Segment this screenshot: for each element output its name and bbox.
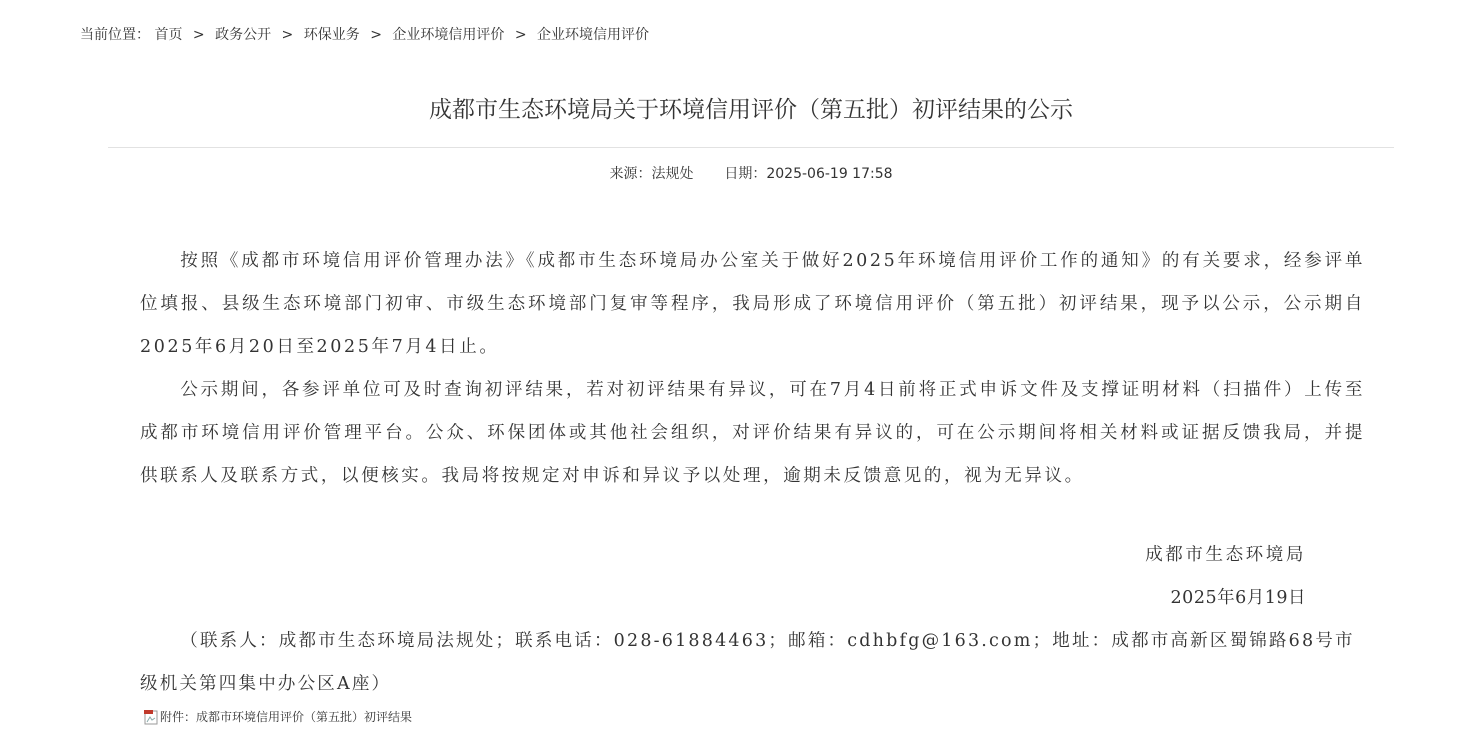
breadcrumb-separator: >	[515, 27, 527, 43]
breadcrumb: 当前位置： 首页 > 政务公开 > 环保业务 > 企业环境信用评价 > 企业环境…	[80, 25, 649, 45]
article-body: 按照《成都市环境信用评价管理办法》《成都市生态环境局办公室关于做好2025年环境…	[140, 240, 1365, 498]
breadcrumb-credit-eval[interactable]: 企业环境信用评价	[392, 27, 504, 43]
breadcrumb-credit-eval-current[interactable]: 企业环境信用评价	[537, 27, 649, 43]
pdf-file-icon	[143, 709, 159, 725]
date-label: 日期：	[724, 166, 766, 182]
signature-date: 2025年6月19日	[1171, 583, 1306, 613]
contact-info: （联系人：成都市生态环境局法规处；联系电话：028-61884463；邮箱：cd…	[140, 620, 1365, 706]
attachment-label: 附件：成都市环境信用评价（第五批）初评结果	[160, 708, 412, 725]
page-title: 成都市生态环境局关于环境信用评价（第五批）初评结果的公示	[108, 93, 1394, 127]
breadcrumb-separator: >	[370, 27, 382, 43]
body-paragraph: 按照《成都市环境信用评价管理办法》《成都市生态环境局办公室关于做好2025年环境…	[140, 240, 1365, 369]
signature-org: 成都市生态环境局	[1145, 540, 1306, 570]
article-meta: 来源：法规处 日期：2025-06-19 17:58	[108, 163, 1394, 185]
breadcrumb-env-business[interactable]: 环保业务	[304, 27, 360, 43]
breadcrumb-separator: >	[282, 27, 294, 43]
contact-text: （联系人：成都市生态环境局法规处；联系电话：028-61884463；邮箱：cd…	[140, 620, 1365, 706]
breadcrumb-home[interactable]: 首页	[154, 27, 182, 43]
breadcrumb-separator: >	[193, 27, 205, 43]
title-divider	[108, 147, 1394, 148]
attachment-link[interactable]: 附件：成都市环境信用评价（第五批）初评结果	[143, 708, 412, 725]
source-label: 来源：	[609, 166, 651, 182]
source-value: 法规处	[651, 166, 693, 182]
breadcrumb-gov-affairs[interactable]: 政务公开	[215, 27, 271, 43]
date-value: 2025-06-19 17:58	[766, 166, 892, 182]
body-paragraph: 公示期间，各参评单位可及时查询初评结果，若对初评结果有异议，可在7月4日前将正式…	[140, 369, 1365, 498]
breadcrumb-label: 当前位置：	[80, 27, 150, 43]
